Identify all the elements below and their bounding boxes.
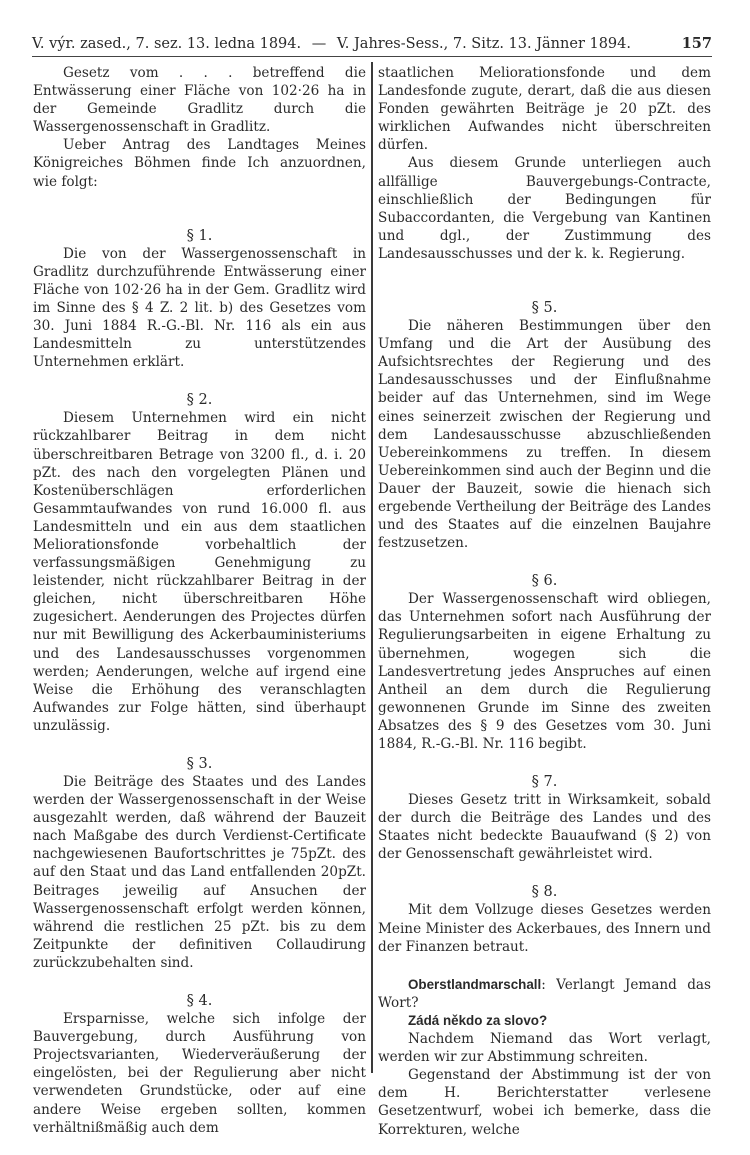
header-czech: V. výr. zased., 7. sez. 13. ledna 1894. …: [32, 36, 631, 52]
section-heading-2: § 2.: [33, 391, 366, 409]
speaker-name: Oberstlandmarschall: [408, 977, 541, 992]
speaker-paragraph: Oberstlandmarschall: Verlangt Jemand das…: [378, 976, 711, 1012]
section-heading-8: § 8.: [378, 883, 711, 901]
section-heading-3: § 3.: [33, 755, 366, 773]
header-german-text: V. Jahres-Sess., 7. Sitz. 13. Jänner 189…: [337, 36, 631, 52]
law-title-paragraph: Gesetz vom . . . betreffend die Entwässe…: [33, 64, 366, 136]
section-text-5: Die näheren Bestimmungen über den Umfang…: [378, 317, 711, 552]
page-header: V. výr. zased., 7. sez. 13. ledna 1894. …: [32, 30, 712, 57]
section-heading-4: § 4.: [33, 992, 366, 1010]
section-text-4: Ersparnisse, welche sich infolge der Bau…: [33, 1010, 366, 1137]
czech-question-paragraph: Zádá někdo za slovo?: [378, 1012, 711, 1030]
section-heading-5: § 5.: [378, 299, 711, 317]
spacer: [378, 956, 711, 976]
left-column: Gesetz vom . . . betreffend die Entwässe…: [33, 64, 366, 1137]
section-text-3: Die Beiträge des Staates und des Landes …: [33, 773, 366, 972]
header-czech-text: V. výr. zased., 7. sez. 13. ledna 1894.: [32, 36, 301, 52]
section-heading-1: § 1.: [33, 227, 366, 245]
column-divider: [371, 62, 373, 1073]
section-text-7: Dieses Gesetz tritt in Wirksamkeit, soba…: [378, 791, 711, 863]
continuation-paragraph-2: Aus diesem Grunde unterliegen auch allfä…: [378, 154, 711, 263]
section-text-1: Die von der Wassergenossenschaft in Grad…: [33, 245, 366, 372]
header-separator: —: [312, 36, 327, 52]
closing-paragraph-2: Gegenstand der Abstimmung ist der von de…: [378, 1066, 711, 1138]
section-text-8: Mit dem Vollzuge dieses Gesetzes werden …: [378, 901, 711, 955]
closing-paragraph-1: Nachdem Niemand das Wort verlagt, werden…: [378, 1030, 711, 1066]
page-number: 157: [682, 35, 712, 52]
right-column: staatlichen Meliorationsfonde und dem La…: [378, 64, 711, 1139]
section-heading-7: § 7.: [378, 773, 711, 791]
section-text-2: Diesem Unternehmen wird ein nicht rückza…: [33, 409, 366, 735]
intro-paragraph: Ueber Antrag des Landtages Meines Königr…: [33, 136, 366, 190]
czech-question: Zádá někdo za slovo?: [408, 1013, 547, 1028]
continuation-paragraph-1: staatlichen Meliorationsfonde und dem La…: [378, 64, 711, 154]
section-heading-6: § 6.: [378, 572, 711, 590]
section-text-6: Der Wassergenossenschaft wird obliegen, …: [378, 590, 711, 753]
